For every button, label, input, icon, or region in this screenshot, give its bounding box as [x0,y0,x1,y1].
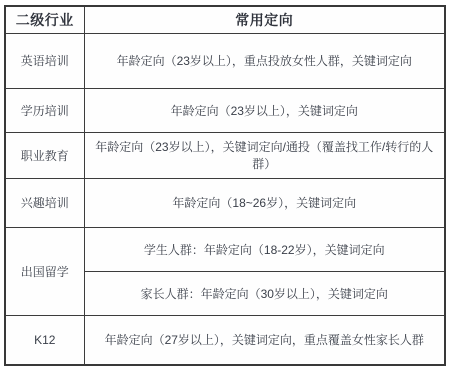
table-row-english-training: 英语培训 年龄定向（23岁以上），重点投放女性人群，关键词定向 [5,33,445,88]
table-row-study-abroad-students: 出国留学 学生人群：年龄定向（18-22岁），关键词定向 [5,227,445,271]
industry-cell: 英语培训 [5,33,84,88]
industry-cell: 出国留学 [5,227,84,315]
header-cell-targeting: 常用定向 [84,6,445,33]
table-row-hobby-training: 兴趣培训 年龄定向（18~26岁），关键词定向 [5,178,445,227]
industry-cell: K12 [5,315,84,365]
industry-targeting-table: 二级行业 常用定向 英语培训 年龄定向（23岁以上），重点投放女性人群，关键词定… [4,5,446,366]
header-row: 二级行业 常用定向 [5,6,445,33]
table-row-vocational-education: 职业教育 年龄定向（23岁以上），关键词定向/通投（覆盖找工作/转行的人群） [5,132,445,178]
targeting-cell: 学生人群：年龄定向（18-22岁），关键词定向 [84,227,445,271]
industry-cell: 职业教育 [5,132,84,178]
targeting-cell: 家长人群：年龄定向（30岁以上），关键词定向 [84,271,445,315]
targeting-cell: 年龄定向（23岁以上），关键词定向/通投（覆盖找工作/转行的人群） [84,132,445,178]
table-row-k12: K12 年龄定向（27岁以上），关键词定向，重点覆盖女性家长人群 [5,315,445,365]
page: { "colors": { "border": "#3c3c3c", "head… [0,0,449,374]
targeting-cell: 年龄定向（18~26岁），关键词定向 [84,178,445,227]
industry-cell: 兴趣培训 [5,178,84,227]
table-row-degree-training: 学历培训 年龄定向（23岁以上），关键词定向 [5,88,445,132]
header-cell-industry: 二级行业 [5,6,84,33]
targeting-cell: 年龄定向（23岁以上），重点投放女性人群，关键词定向 [84,33,445,88]
targeting-cell: 年龄定向（27岁以上），关键词定向，重点覆盖女性家长人群 [84,315,445,365]
industry-cell: 学历培训 [5,88,84,132]
targeting-cell: 年龄定向（23岁以上），关键词定向 [84,88,445,132]
